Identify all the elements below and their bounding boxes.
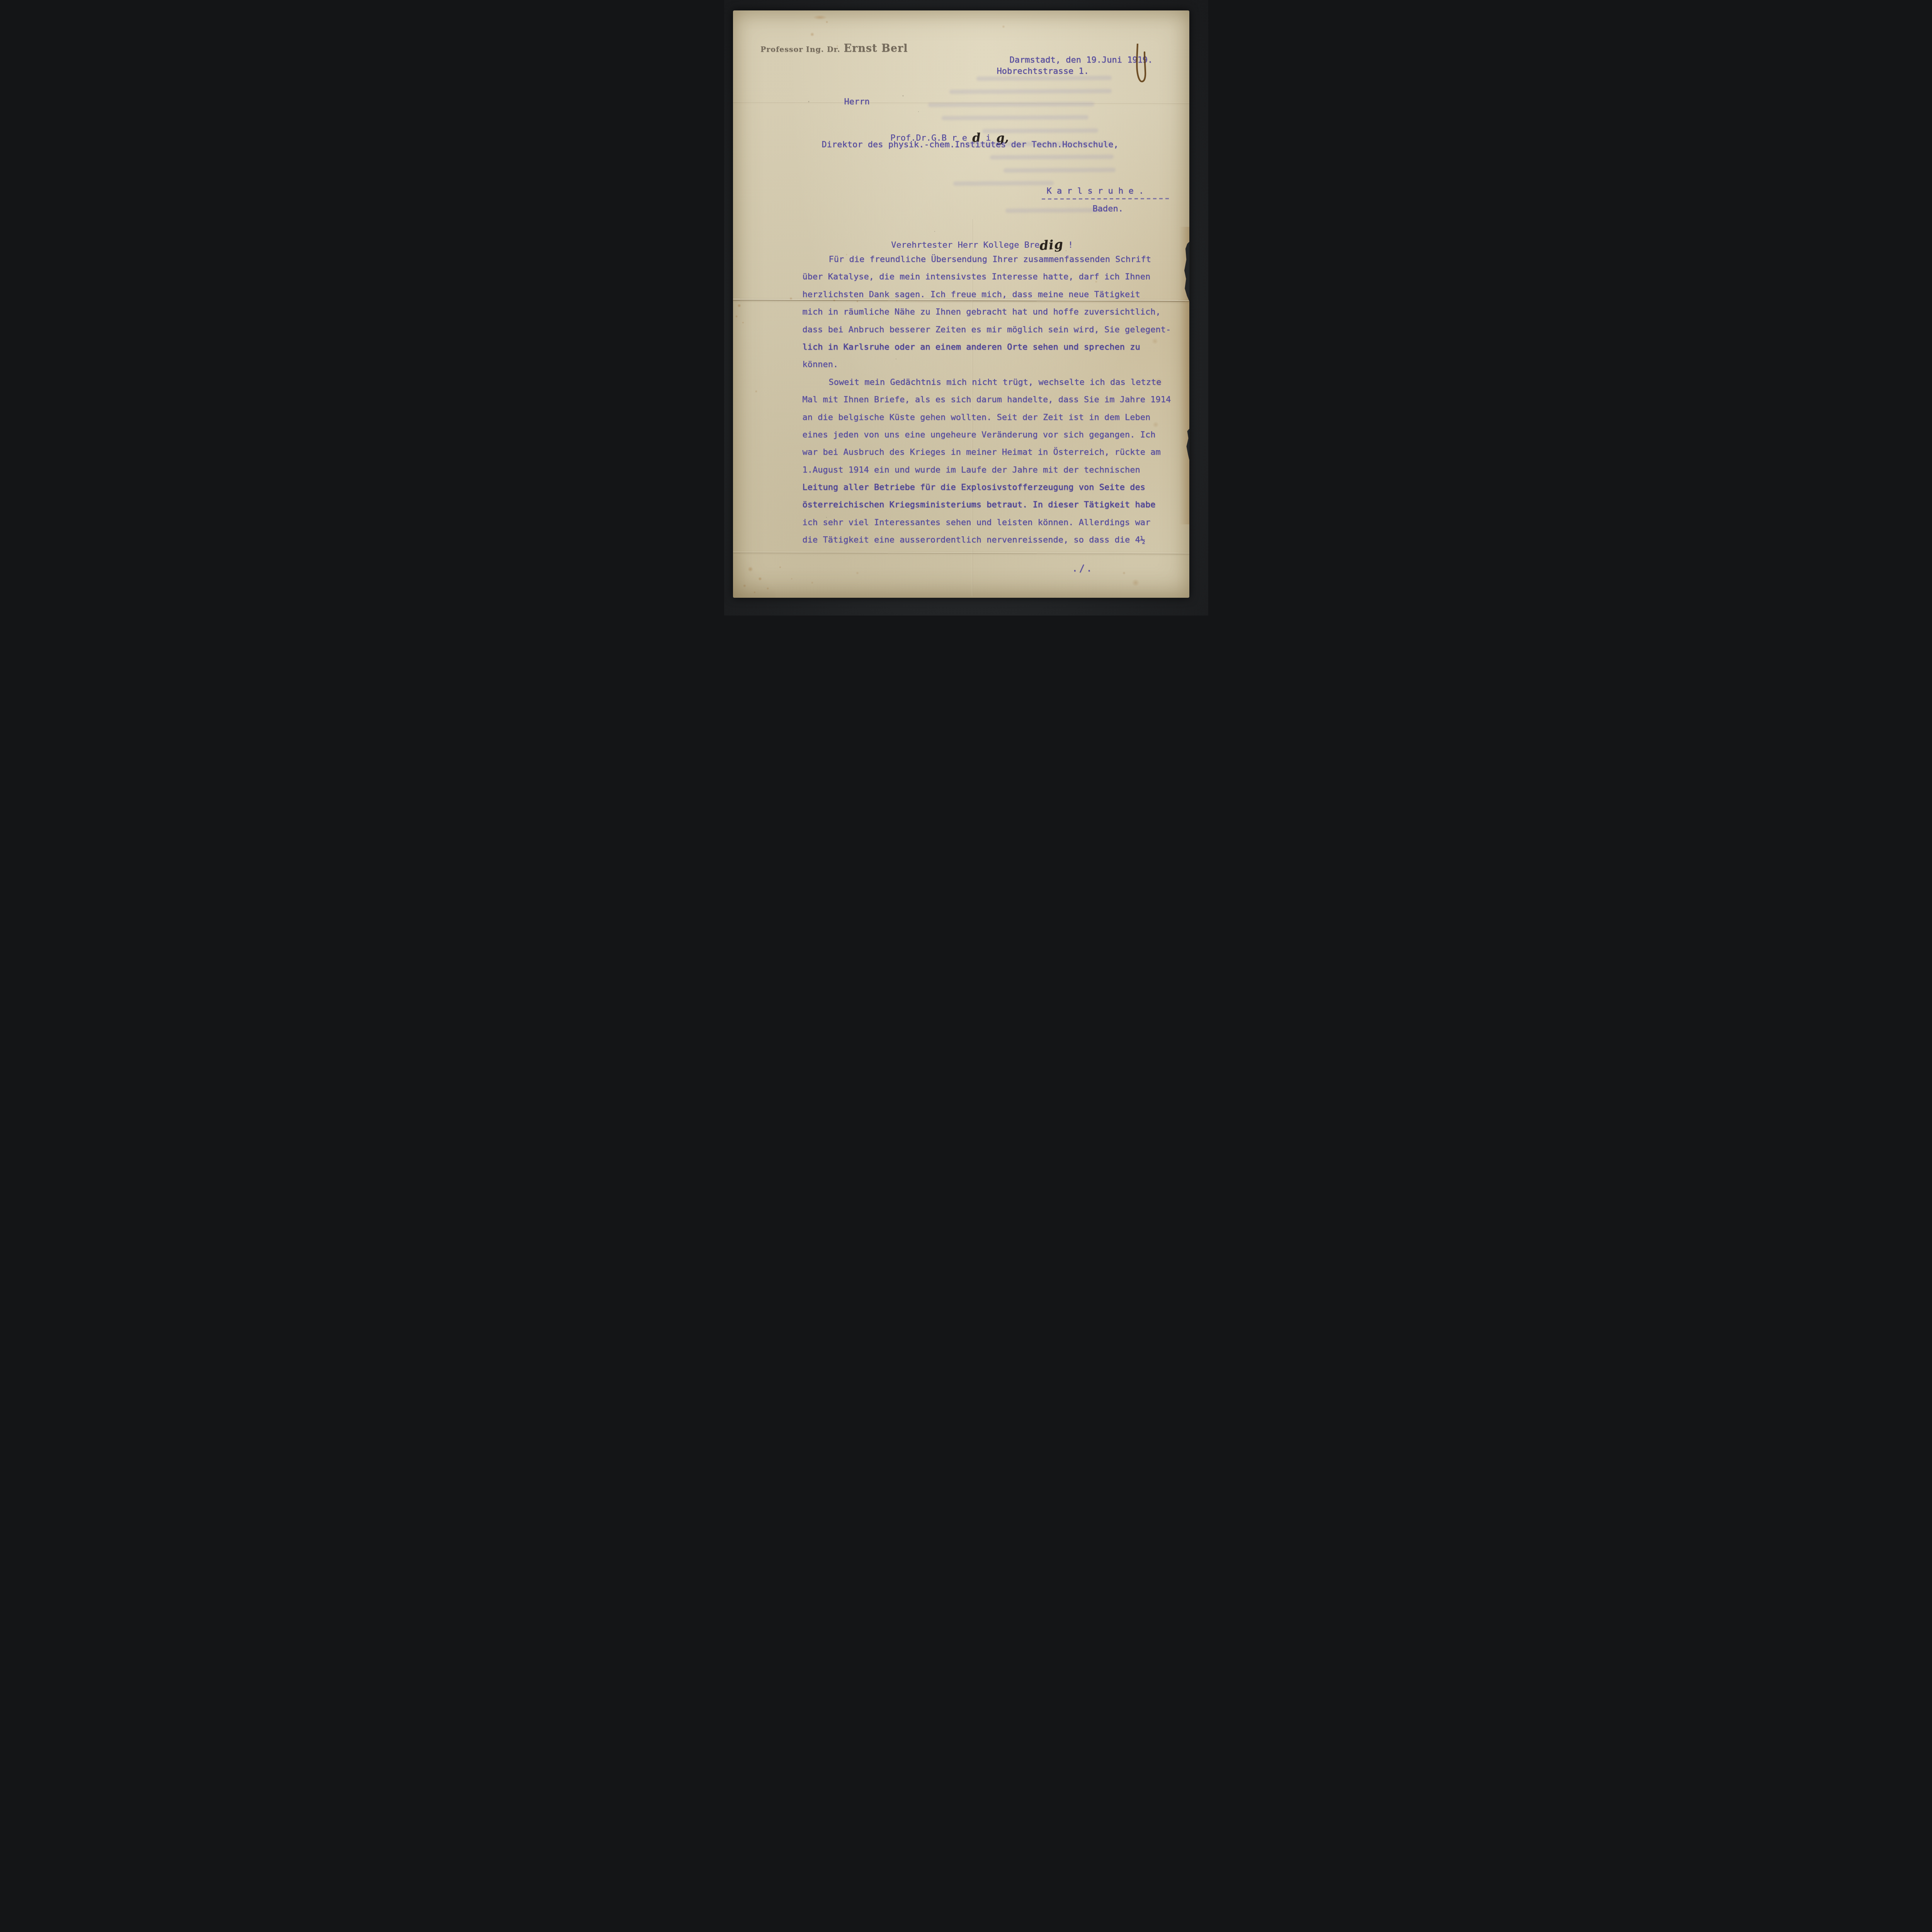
letter-body: Für die freundliche Übersendung Ihrer zu… <box>803 251 1186 549</box>
date-line: Darmstadt, den 19.Juni 1919. <box>1010 56 1153 65</box>
body-line: dass bei Anbruch besserer Zeiten es mir … <box>803 321 1186 338</box>
recipient-city: K a r l s r u h e . <box>1047 187 1144 196</box>
body-line: an die belgische Küste gehen wollten. Se… <box>803 409 1186 426</box>
body-line: österreichischen Kriegsministeriums betr… <box>803 496 1186 514</box>
letterhead-titles: Professor Ing. Dr. <box>760 45 840 54</box>
letterhead: Professor Ing. Dr.Ernst Berl <box>745 35 908 62</box>
body-line: über Katalyse, die mein intensivstes Int… <box>803 268 1186 286</box>
corner-wear <box>733 555 776 598</box>
letter-page: Professor Ing. Dr.Ernst Berl Darmstadt, … <box>733 10 1189 598</box>
greeting-typed: Verehrtester Herr Kollege Bre <box>891 240 1039 250</box>
recipient-intro: Herrn <box>844 97 870 106</box>
handwritten-u-mark <box>1135 44 1148 84</box>
greeting-exclamation: ! <box>1068 240 1073 250</box>
body-line: lich in Karlsruhe oder an einem anderen … <box>803 338 1186 356</box>
body-line: eines jeden von uns eine ungeheure Verän… <box>803 426 1186 444</box>
recipient-title: Direktor des physik.-chem.Institutes der… <box>822 140 1119 149</box>
body-line: Soweit mein Gedächtnis mich nicht trügt,… <box>803 374 1186 391</box>
body-line: herzlichsten Dank sagen. Ich freue mich,… <box>803 286 1186 303</box>
body-line: Leitung aller Betriebe für die Explosivs… <box>803 479 1186 496</box>
body-line: 1.August 1914 ein und wurde im Laufe der… <box>803 461 1186 479</box>
body-line: war bei Ausbruch des Krieges in meiner H… <box>803 444 1186 461</box>
address-line: Hobrechtstrasse 1. <box>997 67 1089 76</box>
body-line: können. <box>803 356 1186 373</box>
continuation-mark: ./. <box>1072 564 1094 573</box>
recipient-region: Baden. <box>1093 204 1123 213</box>
body-line: ich sehr viel Interessantes sehen und le… <box>803 514 1186 531</box>
body-line: Für die freundliche Übersendung Ihrer zu… <box>803 251 1186 268</box>
body-line: Mal mit Ihnen Briefe, als es sich darum … <box>803 391 1186 408</box>
body-line: die Tätigkeit eine ausserordentlich nerv… <box>803 531 1186 549</box>
scan-background: Professor Ing. Dr.Ernst Berl Darmstadt, … <box>724 0 1208 616</box>
letterhead-name: Ernst Berl <box>844 43 908 54</box>
body-line: mich in räumliche Nähe zu Ihnen gebracht… <box>803 303 1186 321</box>
